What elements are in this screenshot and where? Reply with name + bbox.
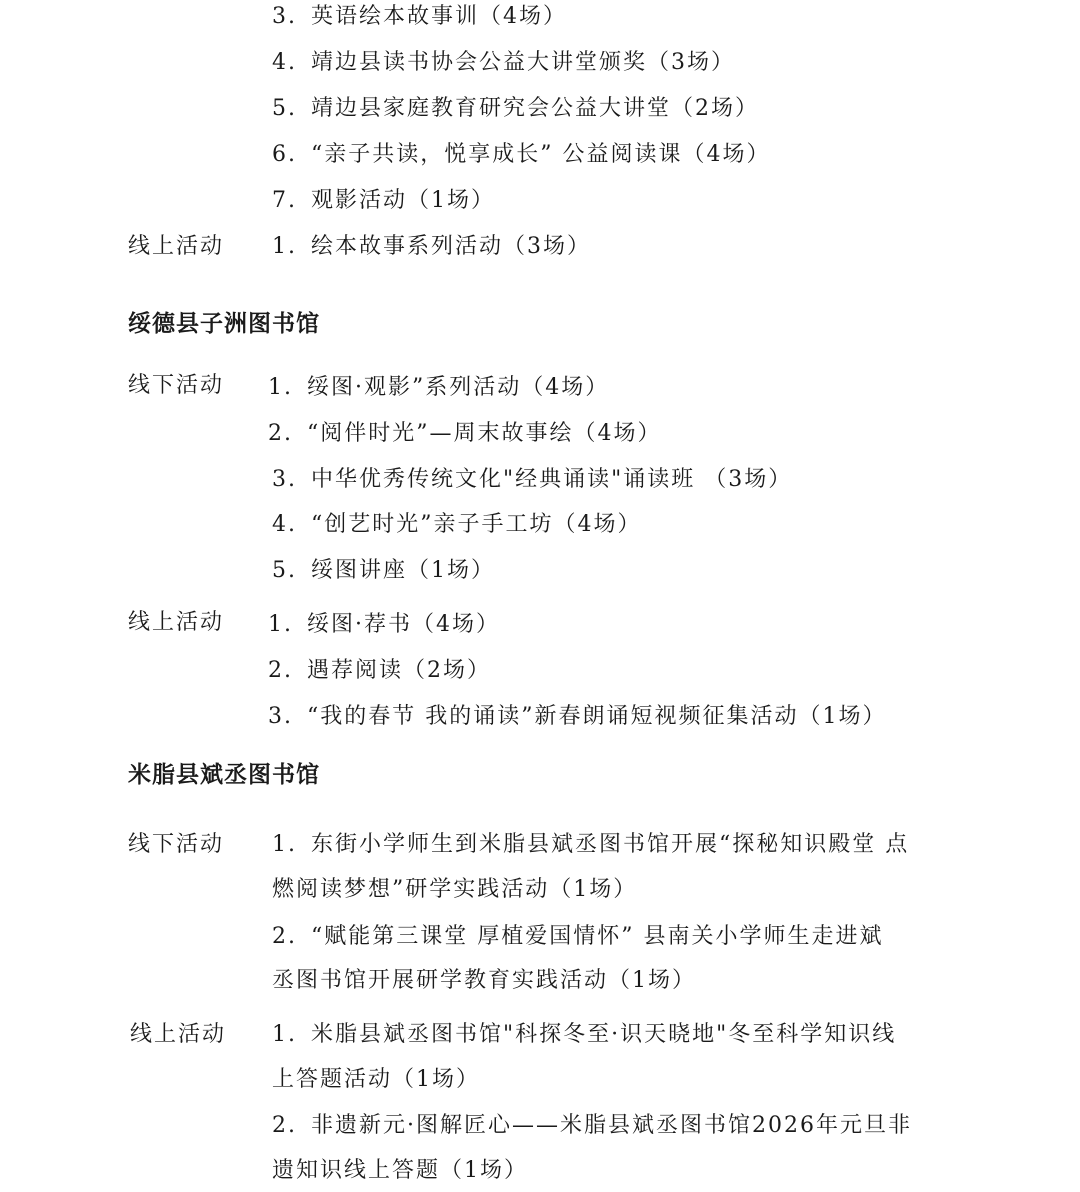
online-activities-label: 线上活动 xyxy=(128,232,224,262)
activity-item: 1.米脂县斌丞图书馆"科探冬至·识天晓地"冬至科学知识线 xyxy=(272,1020,896,1050)
activity-item: 4.靖边县读书协会公益大讲堂颁奖（3场） xyxy=(272,48,735,78)
library-heading: 米脂县斌丞图书馆 xyxy=(128,760,320,790)
activity-item-continued: 丞图书馆开展研学教育实践活动（1场） xyxy=(272,966,696,996)
activity-item-continued: 上答题活动（1场） xyxy=(272,1065,480,1095)
activity-item: 3.英语绘本故事训（4场） xyxy=(272,2,567,32)
activity-item: 5.绥图讲座（1场） xyxy=(272,556,495,586)
activity-item-continued: 遗知识线上答题（1场） xyxy=(272,1156,528,1186)
activity-item: 1.绘本故事系列活动（3场） xyxy=(272,232,591,262)
activity-item: 3.中华优秀传统文化"经典诵读"诵读班 （3场） xyxy=(272,465,792,495)
activity-item: 4.“创艺时光”亲子手工坊（4场） xyxy=(272,510,642,540)
offline-activities-label: 线下活动 xyxy=(128,371,224,401)
activity-item: 3.“我的春节 我的诵读”新春朗诵短视频征集活动（1场） xyxy=(268,702,887,732)
activity-item: 1.绥图·观影”系列活动（4场） xyxy=(268,373,609,403)
activity-item: 1.东街小学师生到米脂县斌丞图书馆开展“探秘知识殿堂 点 xyxy=(272,830,909,860)
offline-activities-label: 线下活动 xyxy=(128,830,224,860)
activity-item: 5.靖边县家庭教育研究会公益大讲堂（2场） xyxy=(272,94,759,124)
library-heading: 绥德县子洲图书馆 xyxy=(128,309,320,339)
activity-item: 2.非遗新元·图解匠心——米脂县斌丞图书馆2026年元旦非 xyxy=(272,1111,912,1141)
activity-item: 2.“阅伴时光”—周末故事绘（4场） xyxy=(268,419,662,449)
activity-item: 2.遇荐阅读（2场） xyxy=(268,656,491,686)
activity-item: 6.“亲子共读，悦享成长” 公益阅读课（4场） xyxy=(272,140,771,170)
activity-item: 7.观影活动（1场） xyxy=(272,186,495,216)
activity-item: 2.“赋能第三课堂 厚植爱国情怀” 县南关小学师生走进斌 xyxy=(272,922,883,952)
activity-item-continued: 燃阅读梦想”研学实践活动（1场） xyxy=(272,875,637,905)
activity-item: 1.绥图·荐书（4场） xyxy=(268,610,500,640)
online-activities-label: 线上活动 xyxy=(128,608,224,638)
online-activities-label: 线上活动 xyxy=(130,1020,226,1050)
